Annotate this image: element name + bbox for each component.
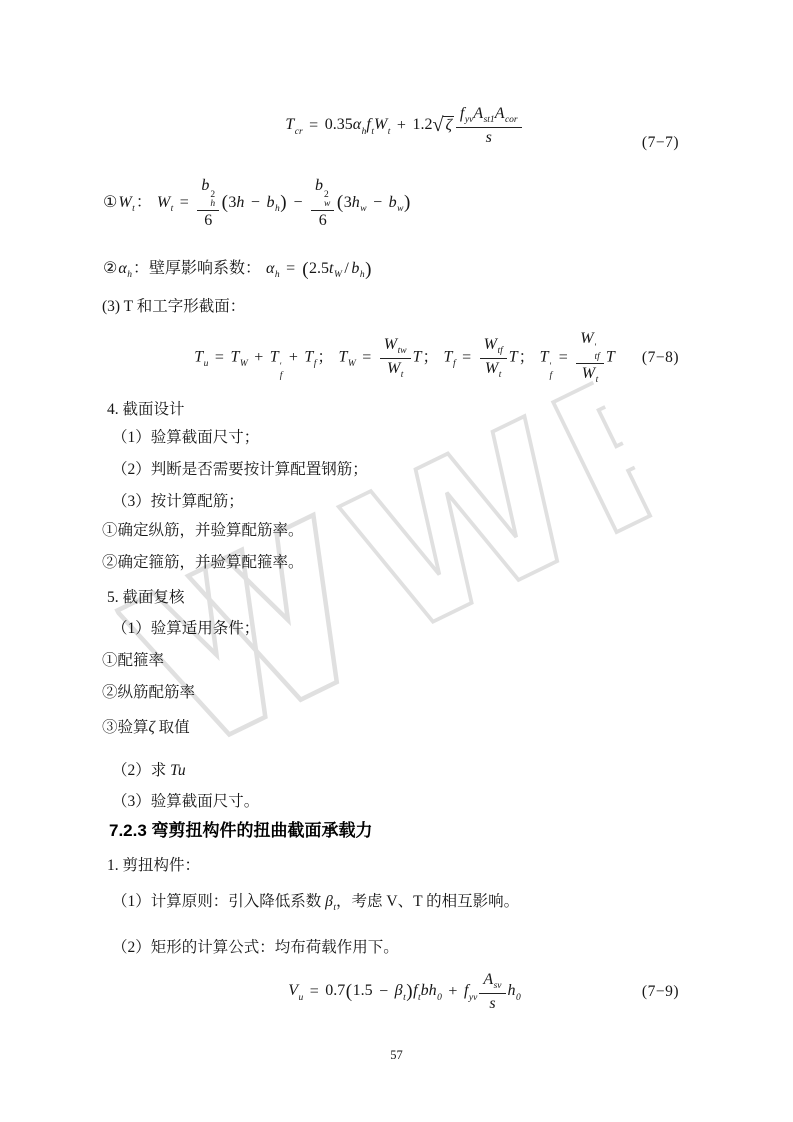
equation-number-7-8: (7−8)	[642, 349, 679, 367]
section-4-item-3: （3）按计算配筋；	[112, 492, 244, 511]
document-page: WPS Tcr = 0.35αhftWt + 1.2√ζfyvAst1Acors…	[0, 0, 793, 1122]
sub-1-title: 1. 剪扭构件：	[107, 856, 200, 875]
equation-7-7-row: Tcr = 0.35αhftWt + 1.2√ζfyvAst1Acors (7−…	[102, 90, 707, 162]
equation-7-9-row: Vu = 0.7(1.5 − βt)ftbh0 + fyvAsvsh0 (7−9…	[102, 962, 707, 1022]
heading-7-2-3: 7.2.3 弯剪扭构件的扭曲截面承载力	[109, 820, 373, 841]
section-4-subitem-1: ①确定纵筋，并验算配筋率。	[102, 521, 304, 540]
section-4-item-1: （1）验算截面尺寸；	[112, 428, 259, 447]
t-i-section-label: (3) T 和工字形截面：	[102, 297, 245, 316]
equation-7-8-row: Tu = TW + T′f + Tf； TW = WtwWtT； Tf = Wt…	[102, 328, 707, 388]
section-5-title: 5. 截面复核	[107, 588, 185, 607]
equation-7-8: Tu = TW + T′f + Tf； TW = WtwWtT； Tf = Wt…	[194, 330, 614, 385]
section-5-item-2: （2）求 Tu	[112, 761, 186, 780]
equation-number-7-7: (7−7)	[642, 134, 679, 152]
sub-1-item-2: （2）矩形的计算公式：均布荷载作用下。	[112, 938, 399, 957]
section-5-subitem-2: ②纵筋配筋率	[102, 683, 195, 702]
wt-formula: ①Wt： Wt = b2h6(3h − bh) − b2w6(3hw − bw)	[102, 177, 411, 230]
section-5-subitem-1: ①配箍率	[102, 651, 164, 670]
wps-ps-letters: WPS	[316, 364, 674, 681]
section-5-item-3: （3）验算截面尺寸。	[112, 792, 259, 811]
wt-definition-line: ①Wt： Wt = b2h6(3h − bh) − b2w6(3hw − bw)	[102, 172, 411, 234]
alpha-h-formula: ②αh：壁厚影响系数： αh = (2.5tW/bh)	[102, 255, 372, 281]
equation-number-7-9: (7−9)	[642, 983, 679, 1001]
equation-7-7: Tcr = 0.35αhftWt + 1.2√ζfyvAst1Acors	[285, 105, 523, 146]
section-4-item-2: （2）判断是否需要按计算配置钢筋；	[112, 460, 368, 479]
equation-7-9: Vu = 0.7(1.5 − βt)ftbh0 + fyvAsvsh0	[288, 971, 521, 1012]
section-4-title: 4. 截面设计	[107, 400, 185, 419]
alpha-h-definition-line: ②αh：壁厚影响系数： αh = (2.5tW/bh)	[102, 246, 372, 290]
page-number: 57	[0, 1048, 793, 1063]
sub-1-item-1: （1）计算原则：引入降低系数 βt，考虑 V、T 的相互影响。	[112, 892, 519, 915]
section-5-item-1: （1）验算适用条件；	[112, 619, 259, 638]
section-4-subitem-2: ②确定箍筋，并验算配箍率。	[102, 553, 304, 572]
section-5-subitem-3: ③验算ζ 取值	[102, 718, 190, 737]
